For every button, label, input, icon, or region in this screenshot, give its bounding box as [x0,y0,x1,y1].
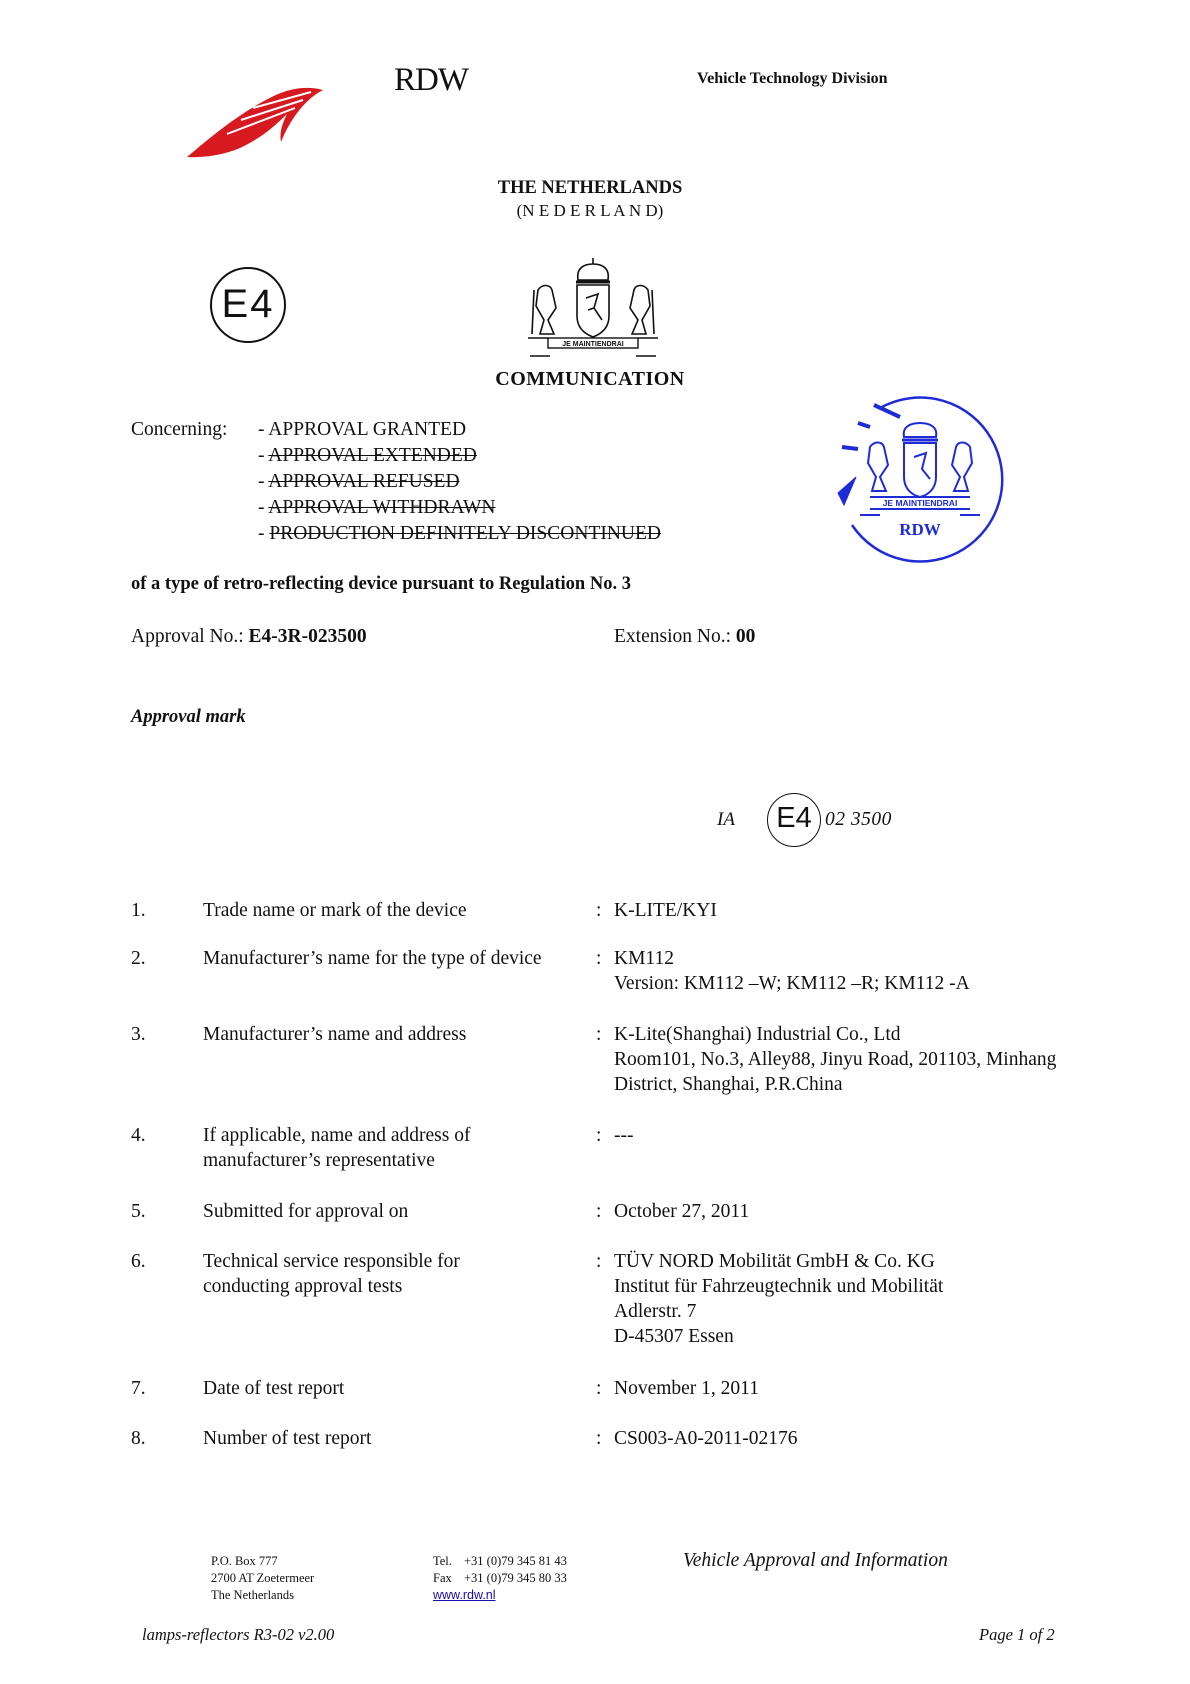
item-number: 2. [131,946,146,971]
concerning-option-discontinued: - PRODUCTION DEFINITELY DISCONTINUED [258,523,661,545]
approval-mark-number: 02 3500 [825,809,892,831]
item-value-line: Version: KM112 –W; KM112 –R; KM112 -A [614,971,970,996]
item-number: 3. [131,1022,146,1047]
stamp-motto: JE MAINTIENDRAI [883,498,958,508]
item-label: Trade name or mark of the device [203,898,467,923]
item-label-line: Manufacturer’s name and address [203,1022,466,1047]
item-label-line: conducting approval tests [203,1274,460,1299]
item-value: TÜV NORD Mobilität GmbH & Co. KGInstitut… [614,1249,943,1349]
item-colon: : [596,1249,601,1274]
item-label-line: Manufacturer’s name for the type of devi… [203,946,542,971]
item-value-line: October 27, 2011 [614,1199,749,1224]
item-label: Submitted for approval on [203,1199,408,1224]
item-value: K-Lite(Shanghai) Industrial Co., LtdRoom… [614,1022,1056,1097]
item-value-line: --- [614,1123,633,1148]
fax-label: Fax [433,1570,464,1587]
fax-number: +31 (0)79 345 80 33 [464,1571,567,1585]
footer-tagline: Vehicle Approval and Information [683,1550,948,1572]
country-native-name: (N E D E R L A N D) [517,201,664,221]
page-title: COMMUNICATION [495,368,684,391]
item-value: November 1, 2011 [614,1376,759,1401]
item-value-line: Institut für Fahrzeugtechnik und Mobilit… [614,1274,943,1299]
item-value: KM112Version: KM112 –W; KM112 –R; KM112 … [614,946,970,996]
page-number: Page 1 of 2 [979,1625,1055,1645]
item-colon: : [596,1199,601,1224]
item-label-line: Submitted for approval on [203,1199,408,1224]
item-number: 6. [131,1249,146,1274]
footer-address-line: P.O. Box 777 [211,1553,314,1570]
concerning-label: Concerning: [131,419,227,441]
division-name: Vehicle Technology Division [697,70,888,88]
item-number: 1. [131,898,146,923]
item-colon: : [596,1123,601,1148]
e4-mark-text: E4 [212,282,284,327]
item-number: 8. [131,1426,146,1451]
coat-of-arms-motto: JE MAINTIENDRAI [562,341,624,348]
item-number: 4. [131,1123,146,1148]
concerning-option-withdrawn: - APPROVAL WITHDRAWN [258,497,496,519]
tel-number: +31 (0)79 345 81 43 [464,1554,567,1568]
rdw-feather-logo-icon [183,80,333,160]
item-colon: : [596,898,601,923]
item-colon: : [596,1426,601,1451]
extension-number-value: 00 [736,626,756,647]
concerning-option-granted: - APPROVAL GRANTED [258,419,466,441]
footer-address-line: The Netherlands [211,1587,314,1604]
subject-line: of a type of retro-reflecting device pur… [131,574,631,595]
item-number: 5. [131,1199,146,1224]
item-value-line: November 1, 2011 [614,1376,759,1401]
item-label: Number of test report [203,1426,371,1451]
concerning-option-extended: - APPROVAL EXTENDED [258,445,477,467]
approval-number-value: E4-3R-023500 [249,626,367,647]
item-label-line: Technical service responsible for [203,1249,460,1274]
item-label: Manufacturer’s name and address [203,1022,466,1047]
item-label-line: Date of test report [203,1376,344,1401]
country-name: THE NETHERLANDS [498,178,683,199]
stamp-text: RDW [899,520,941,539]
extension-number: Extension No.: 00 [614,626,755,648]
item-value: --- [614,1123,633,1148]
footer-address-line: 2700 AT Zoetermeer [211,1570,314,1587]
document-id: lamps-reflectors R3-02 v2.00 [142,1625,334,1645]
item-value-line: Room101, No.3, Alley88, Jinyu Road, 2011… [614,1047,1056,1072]
item-colon: : [596,1022,601,1047]
website-link[interactable]: www.rdw.nl [433,1588,496,1602]
extension-number-label: Extension No.: [614,626,736,647]
item-value-line: TÜV NORD Mobilität GmbH & Co. KG [614,1249,943,1274]
item-value-line: Adlerstr. 7 [614,1299,943,1324]
approval-mark-e4-text: E4 [768,802,820,835]
tel-label: Tel. [433,1553,464,1570]
item-value-line: District, Shanghai, P.R.China [614,1072,1056,1097]
item-value: K-LITE/KYI [614,898,717,923]
item-label: Manufacturer’s name for the type of devi… [203,946,542,971]
concerning-option-refused: - APPROVAL REFUSED [258,471,460,493]
approval-mark-prefix: IA [717,809,735,831]
item-number: 7. [131,1376,146,1401]
item-value-line: K-LITE/KYI [614,898,717,923]
item-label: Date of test report [203,1376,344,1401]
item-label: If applicable, name and address ofmanufa… [203,1123,470,1173]
item-value: CS003-A0-2011-02176 [614,1426,797,1451]
e4-mark-icon: E4 [210,267,286,343]
rdw-stamp-icon: JE MAINTIENDRAI RDW [830,385,1010,565]
footer-contact: Tel.+31 (0)79 345 81 43 Fax+31 (0)79 345… [433,1553,567,1604]
rdw-logo-text: RDW [394,62,468,99]
item-colon: : [596,1376,601,1401]
item-value-line: CS003-A0-2011-02176 [614,1426,797,1451]
item-value-line: K-Lite(Shanghai) Industrial Co., Ltd [614,1022,1056,1047]
item-colon: : [596,946,601,971]
item-label-line: manufacturer’s representative [203,1148,470,1173]
approval-mark-e4-icon: E4 [767,793,821,847]
item-label-line: Number of test report [203,1426,371,1451]
item-label-line: Trade name or mark of the device [203,898,467,923]
approval-number-label: Approval No.: [131,626,249,647]
item-value-line: KM112 [614,946,970,971]
item-value: October 27, 2011 [614,1199,749,1224]
approval-number: Approval No.: E4-3R-023500 [131,626,367,648]
item-value-line: D-45307 Essen [614,1324,943,1349]
item-label-line: If applicable, name and address of [203,1123,470,1148]
approval-mark-heading: Approval mark [131,707,246,728]
item-label: Technical service responsible forconduct… [203,1249,460,1299]
coat-of-arms-icon: JE MAINTIENDRAI [528,258,658,360]
footer-address: P.O. Box 777 2700 AT Zoetermeer The Neth… [211,1553,314,1604]
